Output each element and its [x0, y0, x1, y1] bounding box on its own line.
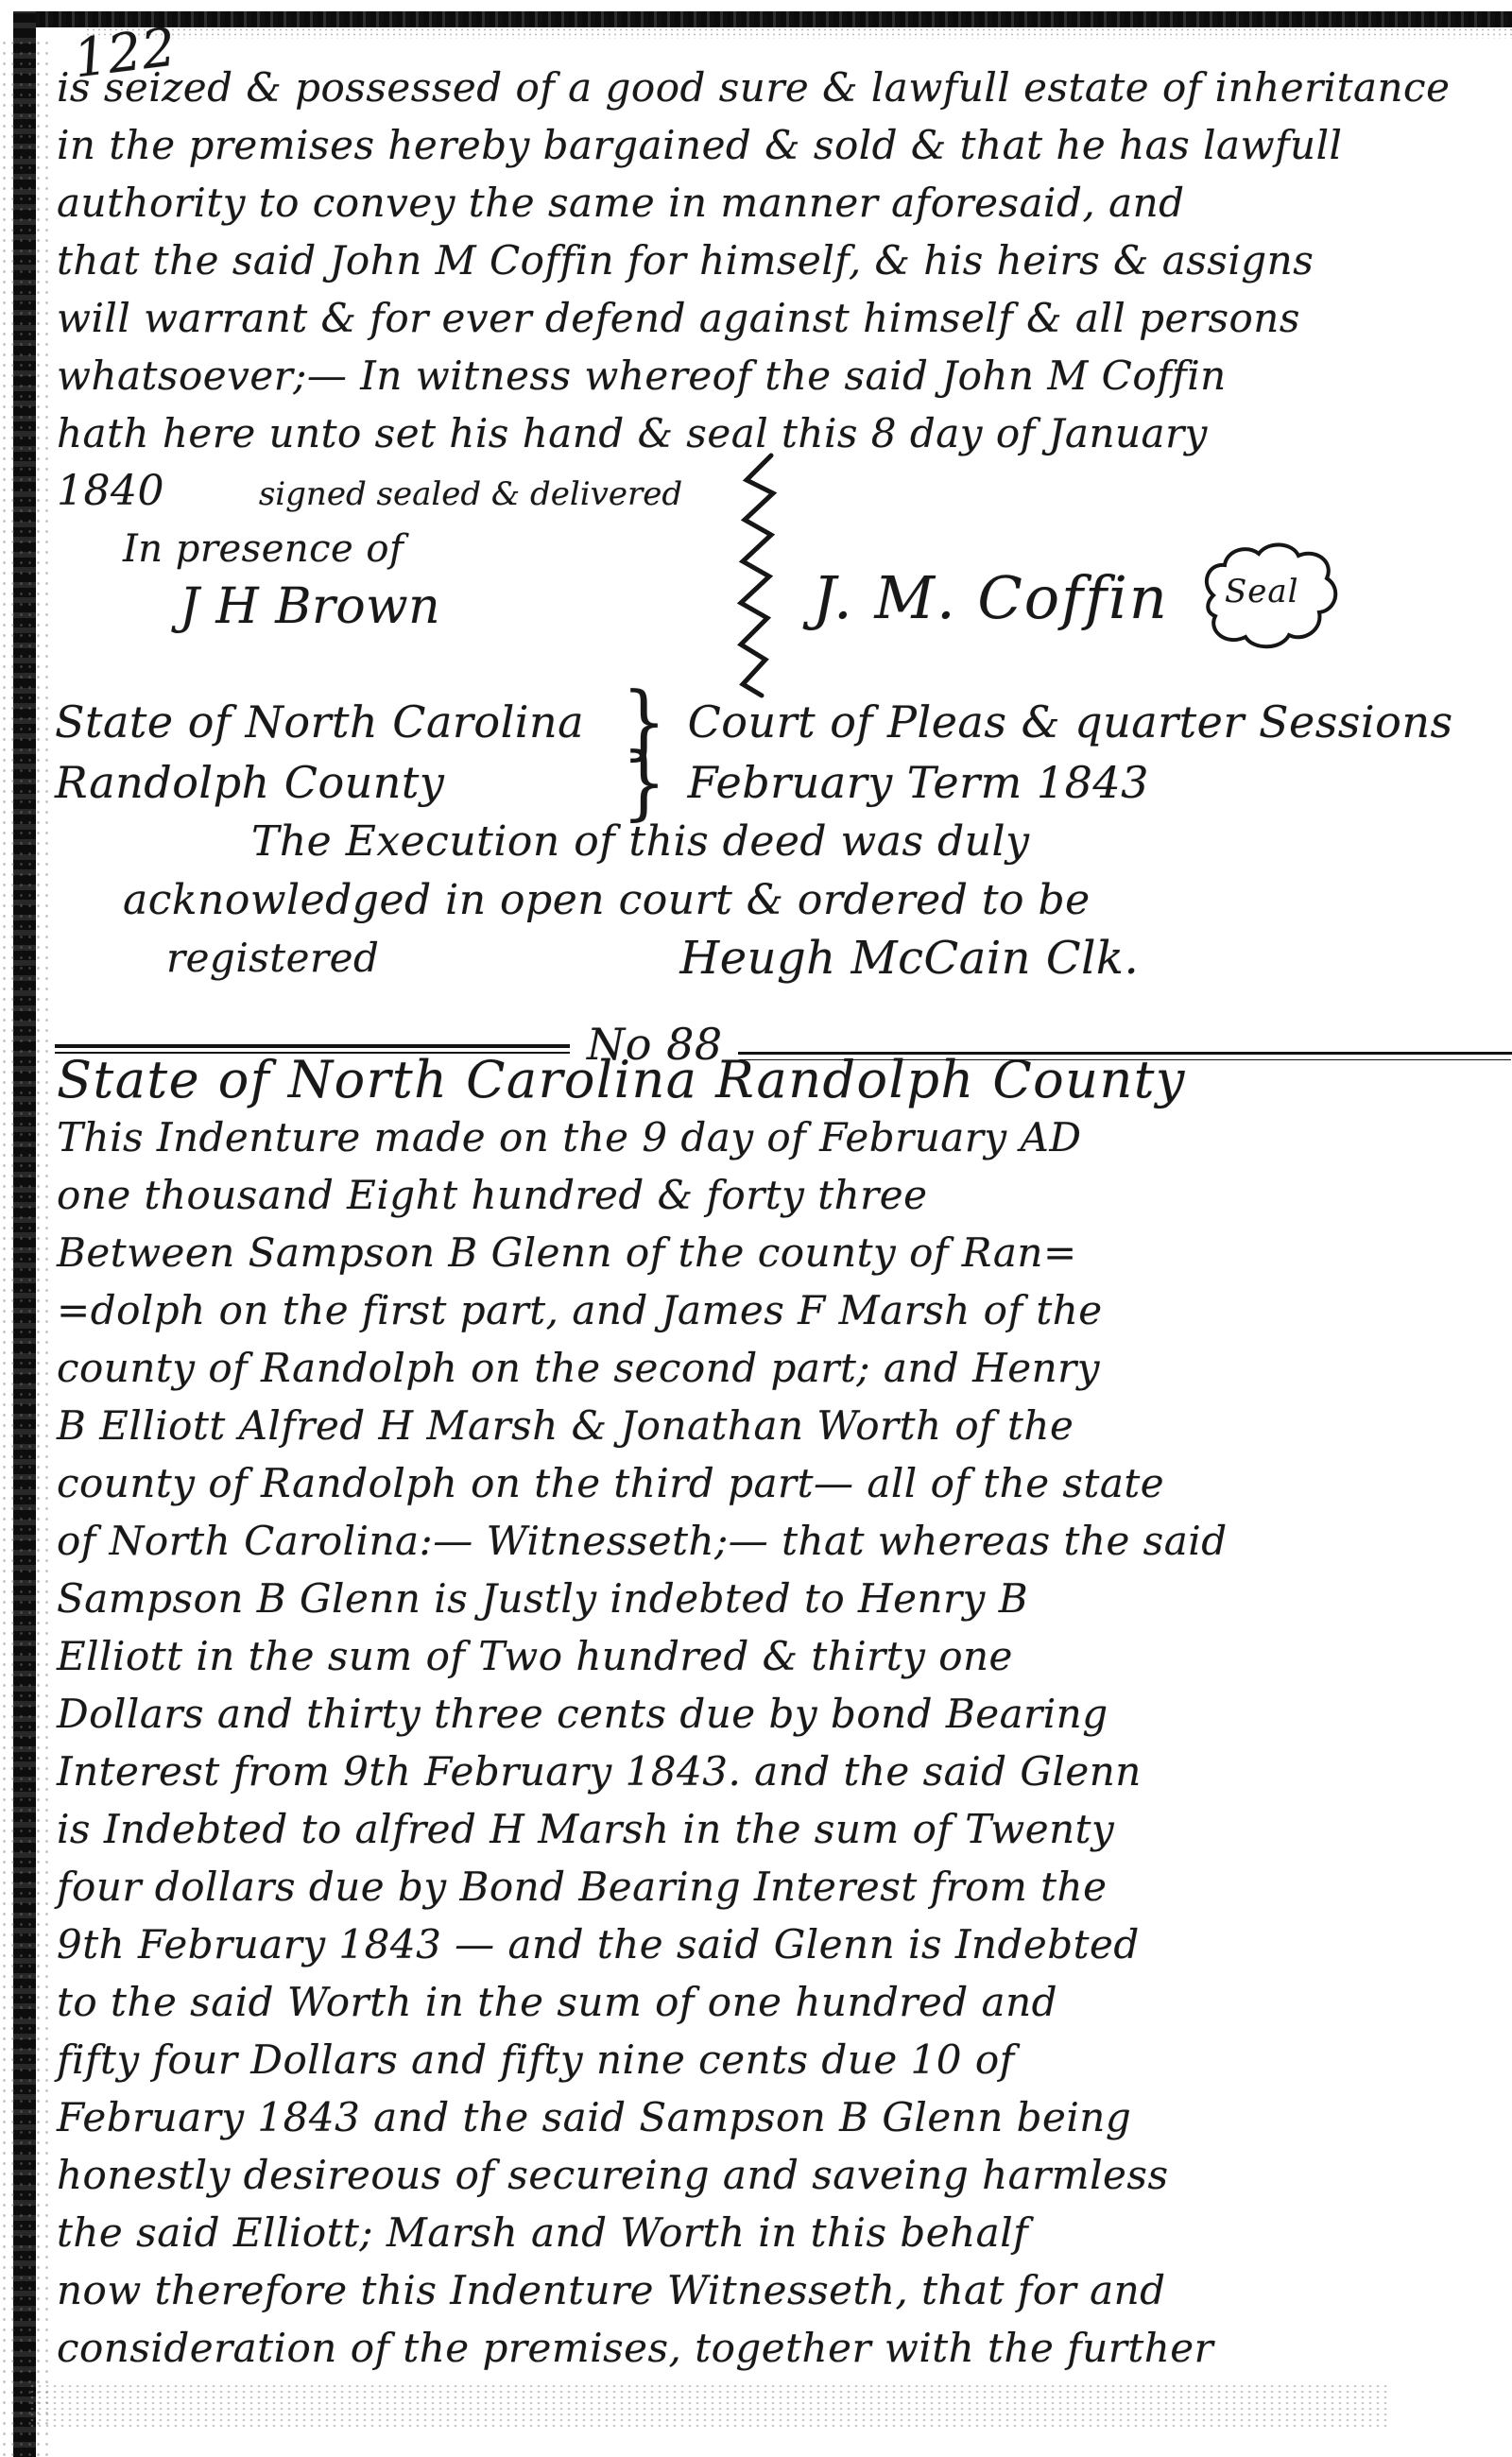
court-body-line: The Execution of this deed was duly	[55, 813, 1503, 871]
court-acknowledgment-block: State of North Carolina } Court of Pleas…	[55, 692, 1503, 987]
court-county: Randolph County	[55, 757, 622, 808]
deed-line: one thousand Eight hundred & forty three	[57, 1166, 1504, 1224]
deed-line: authority to convey the same in manner a…	[57, 174, 1503, 232]
deed-line: =dolph on the first part, and James F Ma…	[57, 1281, 1504, 1339]
clerk-signature: Heugh McCain Clk.	[679, 930, 1139, 987]
deed-line: is Indebted to alfred H Marsh in the sum…	[57, 1800, 1504, 1858]
deed-line: This Indenture made on the 9 day of Febr…	[57, 1108, 1504, 1166]
court-state-row: State of North Carolina } Court of Pleas…	[55, 692, 1503, 752]
scan-border-top-fuzz	[85, 27, 1512, 39]
court-term: February Term 1843	[688, 757, 1149, 808]
deed-line: State of North Carolina Randolph County	[57, 1051, 1504, 1108]
deed-line: fifty four Dollars and fifty nine cents …	[57, 2031, 1504, 2088]
deed-line: Dollars and thirty three cents due by bo…	[57, 1685, 1504, 1743]
presence-label: In presence of	[123, 522, 440, 576]
deed-line: that the said John M Coffin for himself,…	[57, 232, 1503, 289]
deed-line: 9th February 1843 — and the said Glenn i…	[57, 1916, 1504, 1973]
deed-line: the said Elliott; Marsh and Worth in thi…	[57, 2204, 1504, 2261]
deed-line: four dollars due by Bond Bearing Interes…	[57, 1858, 1504, 1916]
seal-label: Seal	[1225, 573, 1299, 610]
deed-line: February 1843 and the said Sampson B Gle…	[57, 2088, 1504, 2146]
deed-line: Sampson B Glenn is Justly indebted to He…	[57, 1570, 1504, 1627]
deed-line: county of Randolph on the third part— al…	[57, 1454, 1504, 1512]
deed-line: county of Randolph on the second part; a…	[57, 1339, 1504, 1397]
witness-block: In presence of J H Brown	[123, 522, 440, 637]
seal-badge: Seal	[1193, 541, 1344, 652]
deed-line: B Elliott Alfred H Marsh & Jonathan Wort…	[57, 1397, 1504, 1454]
deed-line: now therefore this Indenture Witnesseth,…	[57, 2261, 1504, 2319]
scan-border-top	[13, 11, 1512, 27]
court-body-line: acknowledged in open court & ordered to …	[55, 871, 1503, 930]
deed-continuation-text: is seized & possessed of a good sure & l…	[57, 59, 1503, 520]
court-name: Court of Pleas & quarter Sessions	[688, 696, 1453, 747]
deed-line: consideration of the premises, together …	[57, 2319, 1504, 2377]
witness-signature: J H Brown	[180, 576, 440, 637]
grantor-signature: J. M. Coffin	[813, 563, 1169, 632]
court-county-row: Randolph County } February Term 1843	[55, 752, 1503, 813]
attestation-brace-squiggle-icon	[730, 452, 790, 699]
deed-line: will warrant & for ever defend against h…	[57, 289, 1503, 347]
attestation-note: signed sealed & delivered	[259, 475, 682, 513]
signature-row: J. M. Coffin	[813, 563, 1169, 632]
deed-line: honestly desireous of secureing and save…	[57, 2146, 1504, 2204]
deed-line: Elliott in the sum of Two hundred & thir…	[57, 1627, 1504, 1685]
attestation-year: 1840	[57, 467, 164, 515]
scanned-deed-page: 122 is seized & possessed of a good sure…	[0, 0, 1512, 2457]
scan-noise-left	[0, 38, 51, 2457]
court-registered-row: registered Heugh McCain Clk.	[55, 930, 1503, 987]
court-body-line: registered	[55, 930, 379, 987]
deed-line: is seized & possessed of a good sure & l…	[57, 59, 1503, 116]
court-state: State of North Carolina	[55, 696, 622, 747]
deed-line: in the premises hereby bargained & sold …	[57, 116, 1503, 174]
scan-noise-bottom	[28, 2383, 1389, 2427]
deed-line: whatsoever;— In witness whereof the said…	[57, 347, 1503, 404]
deed-line: of North Carolina:— Witnesseth;— that wh…	[57, 1512, 1504, 1570]
deed-88-text: State of North Carolina Randolph County …	[57, 1051, 1504, 2377]
deed-line: Between Sampson B Glenn of the county of…	[57, 1224, 1504, 1281]
deed-line: Interest from 9th February 1843. and the…	[57, 1743, 1504, 1800]
deed-line: to the said Worth in the sum of one hund…	[57, 1973, 1504, 2031]
